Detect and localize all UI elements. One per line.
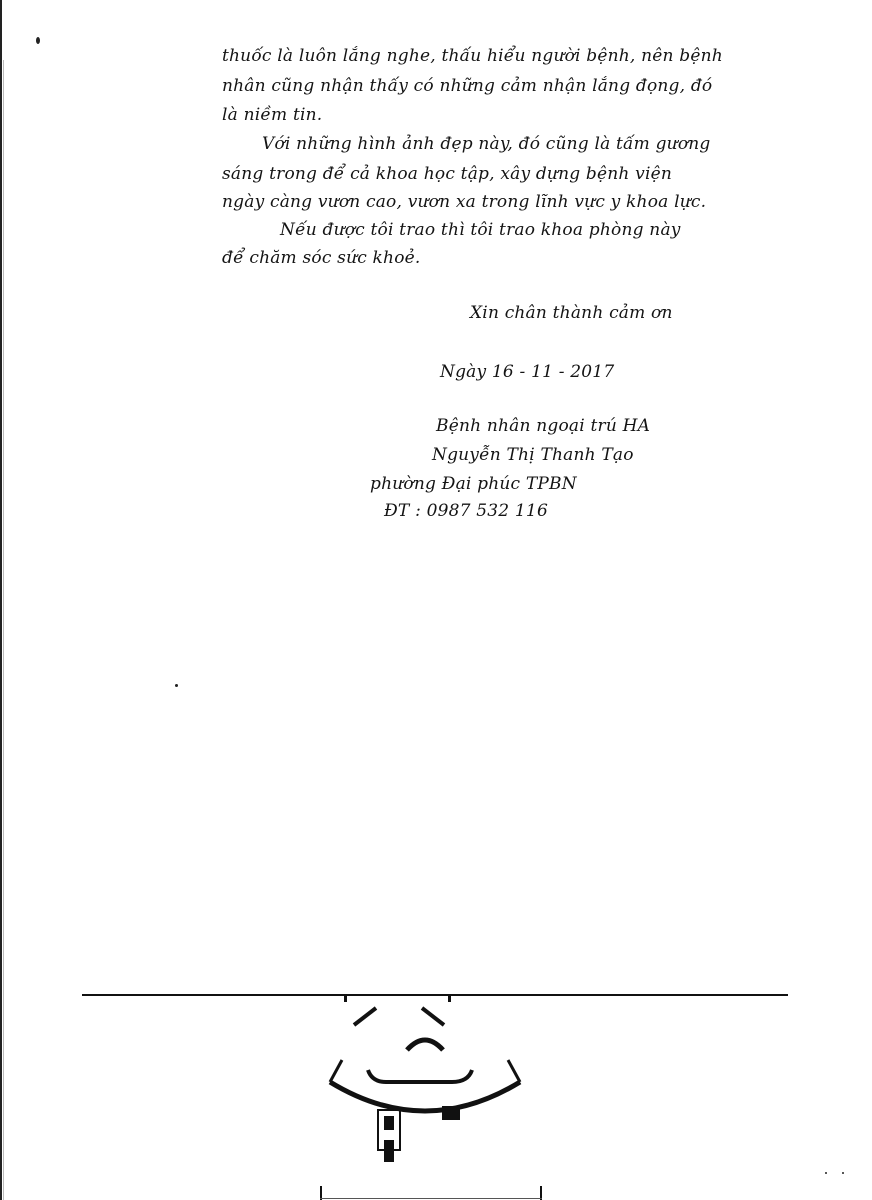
thanks-line: Xin chân thành cảm ơn bbox=[470, 303, 673, 323]
scan-edge-mark bbox=[320, 1198, 542, 1199]
body-line: Với những hình ảnh đẹp này, đó cũng là t… bbox=[262, 134, 711, 154]
body-line: Nếu được tôi trao thì tôi trao khoa phòn… bbox=[280, 220, 681, 240]
signature-phone: ĐT : 0987 532 116 bbox=[384, 501, 548, 521]
signature-address: phường Đại phúc TPBN bbox=[370, 474, 577, 494]
scan-margin-shadow bbox=[3, 60, 4, 1200]
scan-speck bbox=[825, 1172, 827, 1174]
body-line: để chăm sóc sức khoẻ. bbox=[222, 248, 421, 268]
scan-margin-edge bbox=[0, 0, 2, 1200]
scan-speck bbox=[842, 1172, 844, 1174]
body-line: nhân cũng nhận thấy có những cảm nhận lắ… bbox=[222, 76, 712, 96]
body-line: thuốc là luôn lắng nghe, thấu hiểu người… bbox=[222, 46, 723, 66]
body-line: sáng trong để cả khoa học tập, xây dựng … bbox=[222, 164, 672, 184]
signature-name: Nguyễn Thị Thanh Tạo bbox=[432, 445, 634, 465]
scan-speck bbox=[175, 684, 178, 687]
signature-role: Bệnh nhân ngoại trú HA bbox=[436, 416, 650, 436]
body-line: là niềm tin. bbox=[222, 105, 322, 125]
date-line: Ngày 16 - 11 - 2017 bbox=[440, 362, 614, 382]
body-line: ngày càng vươn cao, vươn xa trong lĩnh v… bbox=[222, 192, 706, 212]
scan-speck bbox=[36, 37, 40, 44]
stamp-drawing-graphic bbox=[300, 990, 580, 1200]
